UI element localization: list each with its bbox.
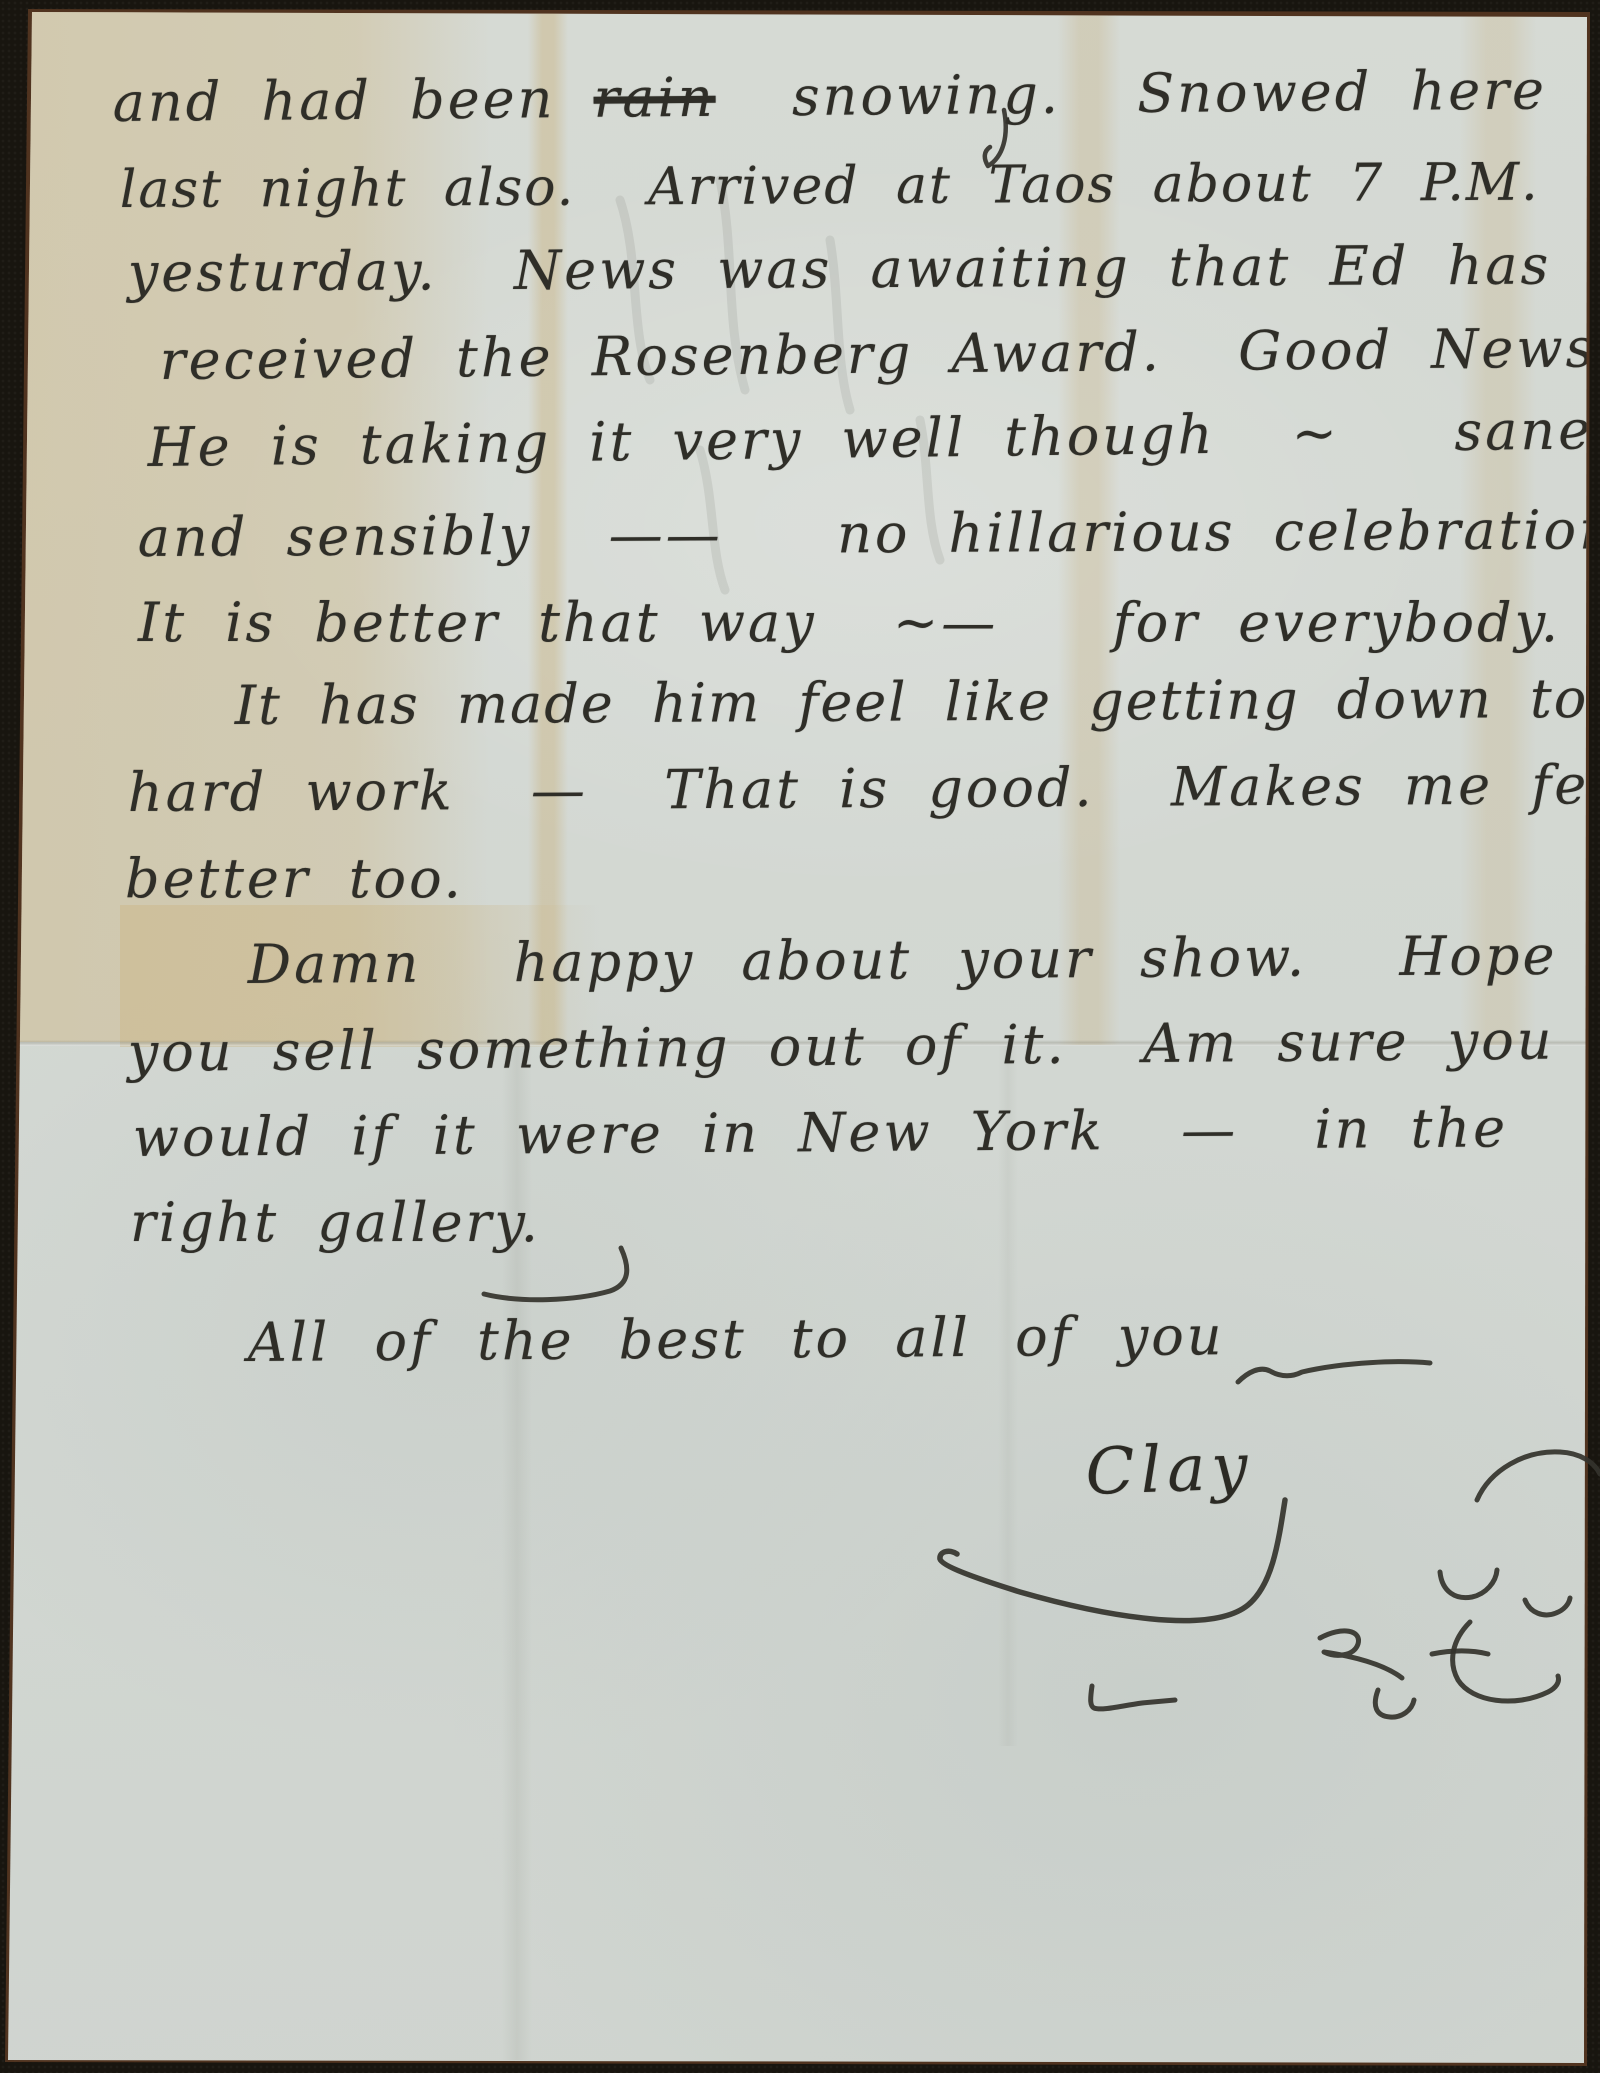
handwritten-line: right gallery.	[130, 1192, 541, 1255]
handwritten-line: would if it were in New York — in the	[133, 1097, 1509, 1169]
handwritten-line: you sell something out of it. Am sure yo…	[127, 1010, 1554, 1085]
closing-line: All of the best to all of you	[248, 1305, 1225, 1374]
handwritten-line: hard work — That is good. Makes me feel	[128, 754, 1600, 825]
line-text: snowing. Snowed here	[715, 58, 1547, 128]
handwritten-line: yesturday. News was awaiting that Ed has	[128, 235, 1552, 305]
struck-word: rain	[593, 66, 716, 130]
signature: Clay	[1084, 1430, 1254, 1510]
handwritten-line: Damn happy about your show. Hope	[248, 925, 1558, 997]
handwritten-line: It has made him feel like getting down t…	[235, 668, 1589, 738]
handwritten-line: and had been rain snowing. Snowed here	[112, 59, 1547, 134]
handwritten-line: It is better that way ~— for everybody.	[138, 592, 1561, 655]
handwritten-line: better too.	[125, 848, 464, 911]
letter-page: and had been rain snowing. Snowed here l…	[8, 12, 1587, 2063]
handwritten-line: He is taking it very well though ~ sanel…	[147, 399, 1600, 480]
line-text: and had been	[112, 67, 593, 134]
scanned-letter: and had been rain snowing. Snowed here l…	[0, 0, 1600, 2073]
handwritten-line: and sensibly —— no hillarious celebratio…	[138, 499, 1600, 570]
handwritten-line: last night also. Arrived at Taos about 7…	[120, 153, 1540, 221]
handwritten-line: received the Rosenberg Award. Good News!	[159, 317, 1600, 392]
